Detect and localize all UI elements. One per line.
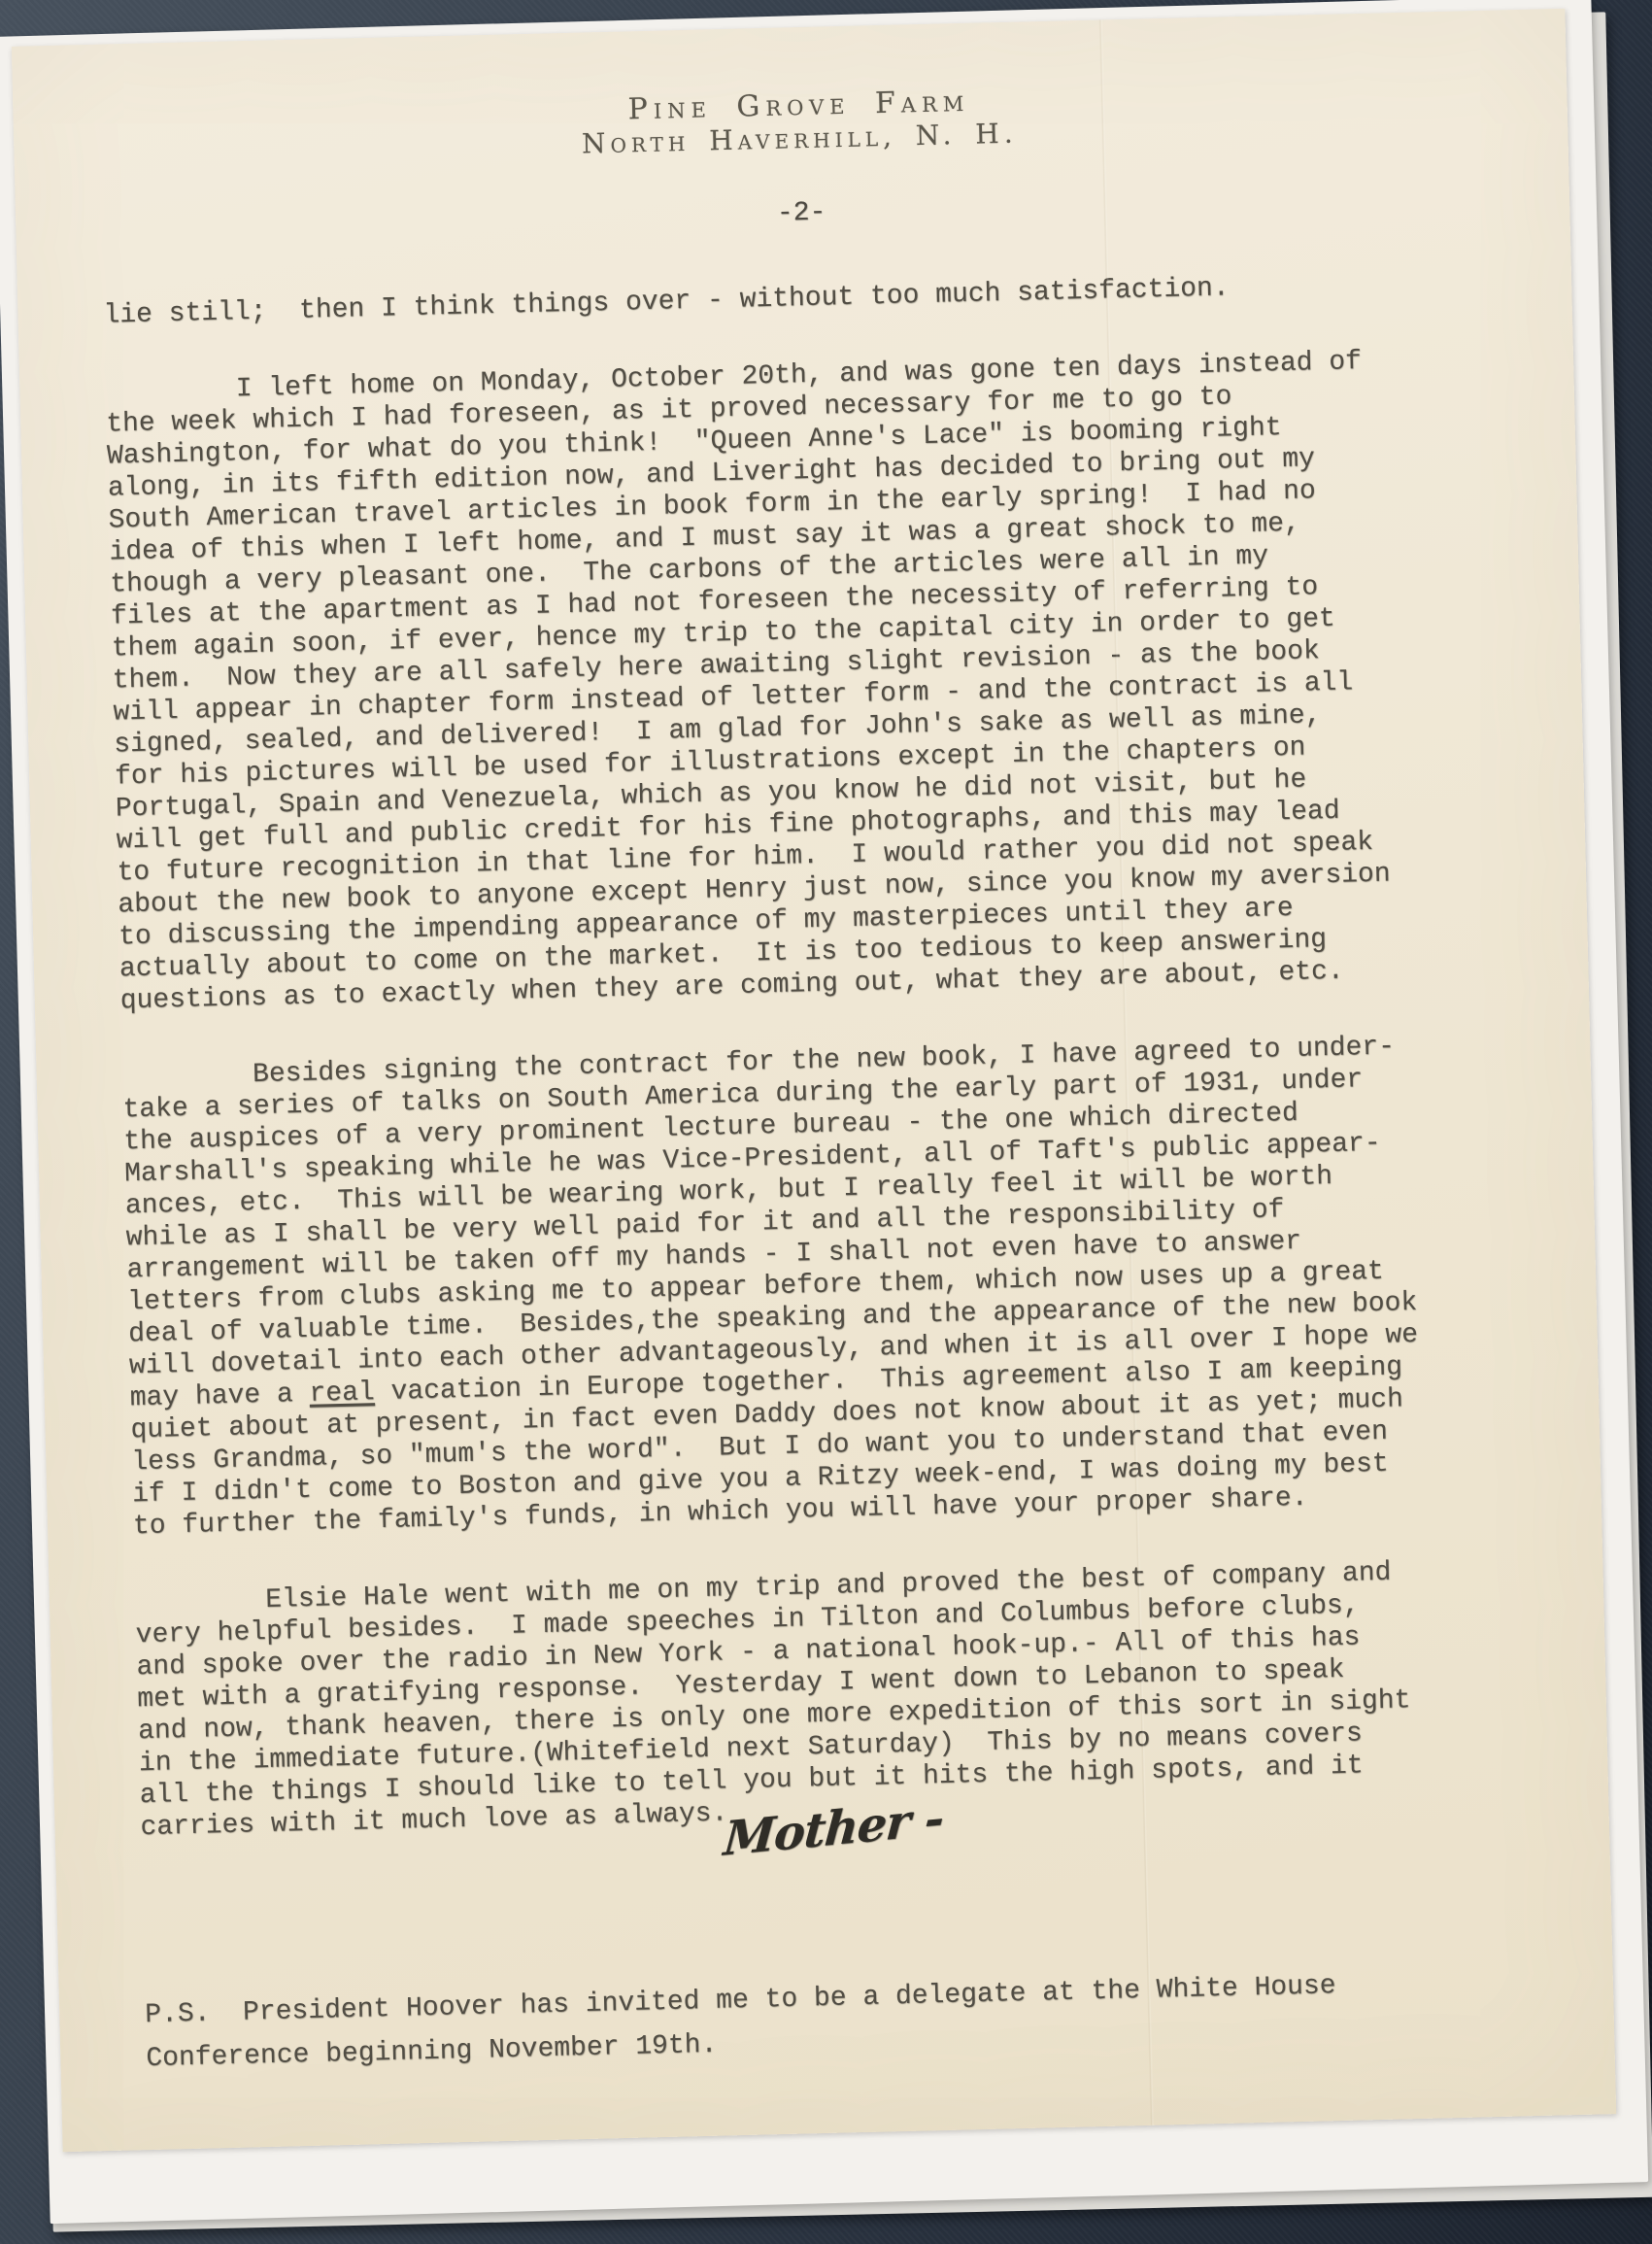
paragraph: I left home on Monday, October 20th, and… <box>105 342 1521 1017</box>
postscript: P.S. President Hoover has invited me to … <box>145 1959 1547 2081</box>
page-number: -2- <box>101 181 1501 245</box>
paragraph: lie still; then I think things over - wi… <box>103 265 1503 331</box>
paragraph: Besides signing the contract for the new… <box>121 1028 1534 1543</box>
letter-body: lie still; then I think things over - wi… <box>103 265 1540 1844</box>
letter-line: lie still; then I think things over - wi… <box>103 265 1503 331</box>
letter-page: Pine Grove Farm North Haverhill, N. H. -… <box>12 9 1616 2152</box>
photo-scene: Pine Grove Farm North Haverhill, N. H. -… <box>0 0 1652 2244</box>
letterhead: Pine Grove Farm North Haverhill, N. H. <box>98 72 1500 172</box>
